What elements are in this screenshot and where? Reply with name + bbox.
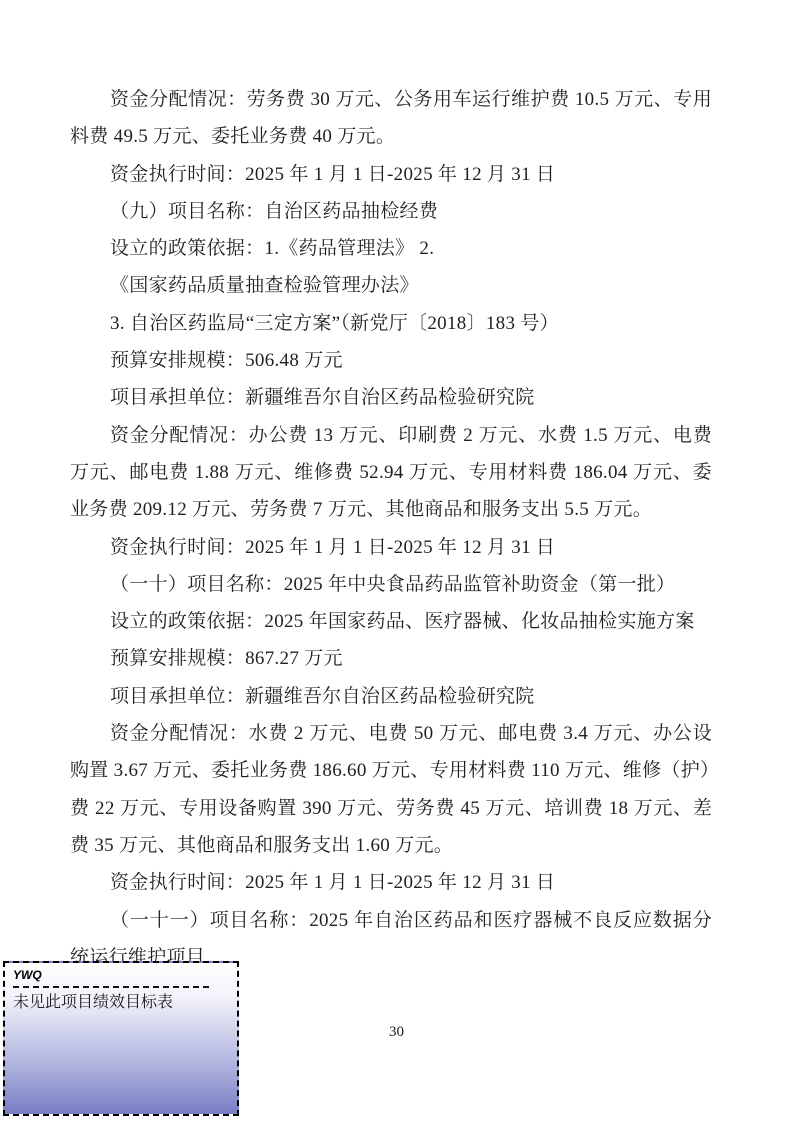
text-line: 资金分配情况：水费 2 万元、电费 50 万元、邮电费 3.4 万元、办公设备: [70, 715, 712, 752]
document-page: 资金分配情况：劳务费 30 万元、公务用车运行维护费 10.5 万元、专用材 料…: [0, 0, 793, 1122]
text-line: 购置 3.67 万元、委托业务费 186.60 万元、专用材料费 110 万元、…: [70, 752, 712, 789]
text-line: 设立的政策依据：2025 年国家药品、医疗器械、化妆品抽检实施方案: [70, 603, 712, 640]
text-line: 设立的政策依据：1.《药品管理法》 2.: [70, 230, 712, 267]
text-line: 项目承担单位：新疆维吾尔自治区药品检验研究院: [70, 379, 712, 416]
document-body: 资金分配情况：劳务费 30 万元、公务用车运行维护费 10.5 万元、专用材 料…: [70, 81, 712, 976]
text-line: 预算安排规模：867.27 万元: [70, 640, 712, 677]
text-line: 万元、邮电费 1.88 万元、维修费 52.94 万元、专用材料费 186.04…: [70, 454, 712, 491]
text-line: 业务费 209.12 万元、劳务费 7 万元、其他商品和服务支出 5.5 万元。: [70, 491, 712, 528]
text-line: 资金分配情况：办公费 13 万元、印刷费 2 万元、水费 1.5 万元、电费 2…: [70, 417, 712, 454]
text-line: 料费 49.5 万元、委托业务费 40 万元。: [70, 118, 712, 155]
text-line: 资金分配情况：劳务费 30 万元、公务用车运行维护费 10.5 万元、专用材: [70, 81, 712, 118]
text-line: 费 35 万元、其他商品和服务支出 1.60 万元。: [70, 827, 712, 864]
text-line: 费 22 万元、专用设备购置 390 万元、劳务费 45 万元、培训费 18 万…: [70, 790, 712, 827]
comment-annotation[interactable]: YWQ 未见此项目绩效目标表: [3, 961, 239, 1116]
text-line: 《国家药品质量抽查检验管理办法》: [70, 267, 712, 304]
comment-author: YWQ: [13, 967, 229, 983]
text-line: （一十一）项目名称：2025 年自治区药品和医疗器械不良反应数据分析系: [70, 902, 712, 939]
text-line: 资金执行时间：2025 年 1 月 1 日-2025 年 12 月 31 日: [70, 864, 712, 901]
text-line: 预算安排规模：506.48 万元: [70, 342, 712, 379]
comment-divider: [13, 986, 209, 988]
text-line: （九）项目名称：自治区药品抽检经费: [70, 193, 712, 230]
text-line: 项目承担单位：新疆维吾尔自治区药品检验研究院: [70, 678, 712, 715]
text-line: （一十）项目名称：2025 年中央食品药品监管补助资金（第一批）: [70, 566, 712, 603]
comment-note: 未见此项目绩效目标表: [13, 992, 229, 1014]
text-line: 资金执行时间：2025 年 1 月 1 日-2025 年 12 月 31 日: [70, 529, 712, 566]
text-line: 资金执行时间：2025 年 1 月 1 日-2025 年 12 月 31 日: [70, 156, 712, 193]
text-line: 3. 自治区药监局“三定方案”（新党厅〔2018〕183 号）: [70, 305, 712, 342]
